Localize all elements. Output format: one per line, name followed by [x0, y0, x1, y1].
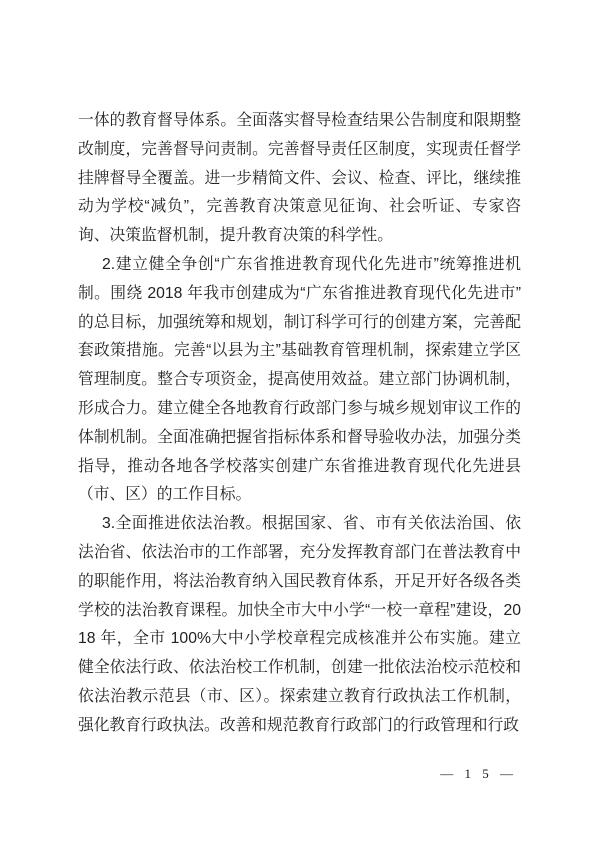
body-text: 一体的教育督导体系。全面落实督导检查结果公告制度和限期整改制度，完善督导问责制。…: [78, 107, 521, 741]
document-page: 一体的教育督导体系。全面落实督导检查结果公告制度和限期整改制度，完善督导问责制。…: [0, 0, 595, 842]
paragraph-continuation: 一体的教育督导体系。全面落实督导检查结果公告制度和限期整改制度，完善督导问责制。…: [78, 107, 521, 251]
page-number: — 1 5 —: [440, 766, 517, 782]
paragraph-item-3: 3.全面推进依法治教。根据国家、省、市有关依法治国、依法治省、依法治市的工作部署…: [78, 510, 521, 740]
paragraph-item-2: 2.建立健全争创“广东省推进教育现代化先进市”统筹推进机制。围绕 2018 年我…: [78, 251, 521, 510]
